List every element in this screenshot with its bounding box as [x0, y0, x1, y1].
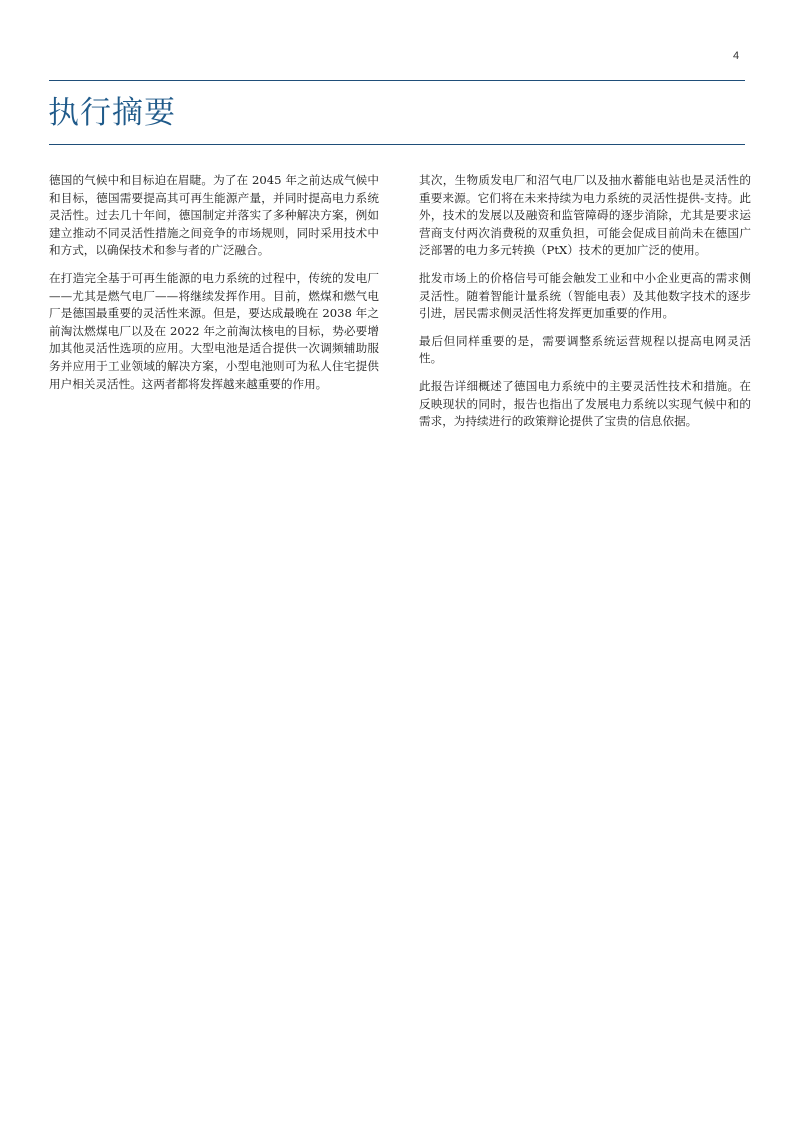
title-top-divider — [49, 80, 745, 81]
paragraph-report-overview: 此报告详细概述了德国电力系统中的主要灵活性技术和措施。在反映现状的同时，报告也指… — [419, 378, 751, 431]
left-column: 德国的气候中和目标迫在眉睫。为了在 2045 年之前达成气候中和目标，德国需要提… — [49, 172, 379, 403]
page-number: 4 — [733, 50, 739, 62]
paragraph-demand-side: 批发市场上的价格信号可能会触发工业和中小企业更高的需求侧灵活性。随着智能计量系统… — [419, 270, 751, 323]
paragraph-conventional-plants: 在打造完全基于可再生能源的电力系统的过程中，传统的发电厂——尤其是燃气电厂——将… — [49, 270, 379, 393]
right-column: 其次，生物质发电厂和沼气电厂以及抽水蓄能电站也是灵活性的重要来源。它们将在未来持… — [419, 172, 751, 441]
paragraph-climate-target: 德国的气候中和目标迫在眉睫。为了在 2045 年之前达成气候中和目标，德国需要提… — [49, 172, 379, 260]
paragraph-biomass-storage: 其次，生物质发电厂和沼气电厂以及抽水蓄能电站也是灵活性的重要来源。它们将在未来持… — [419, 172, 751, 260]
paragraph-grid-rules: 最后但同样重要的是，需要调整系统运营规程以提高电网灵活性。 — [419, 333, 751, 368]
page-title: 执行摘要 — [48, 93, 176, 133]
title-bottom-divider — [49, 144, 745, 145]
